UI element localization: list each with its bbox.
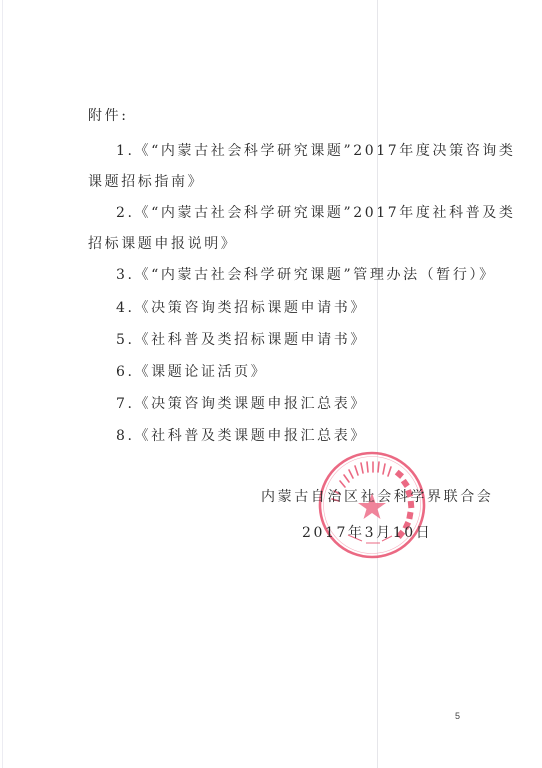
attachment-5: 5.《社科普及类招标课题申请书》 (116, 331, 367, 349)
issuer-signature: 内蒙古自治区社会科学界联合会 (261, 488, 493, 506)
attachment-7: 7.《决策咨询类课题申报汇总表》 (116, 395, 367, 413)
issue-date: 2017年3月10日 (302, 524, 432, 542)
attachment-3: 3.《“内蒙古社会科学研究课题”管理办法（暂行）》 (116, 266, 496, 284)
attachment-1-line-1: 1.《“内蒙古社会科学研究课题”2017年度决策咨询类 (116, 142, 516, 160)
attachment-2-line-2: 招标课题申报说明》 (88, 235, 237, 253)
page-number: 5 (455, 711, 460, 721)
attachment-4: 4.《决策咨询类招标课题申请书》 (116, 299, 367, 317)
attachment-6: 6.《课题论证活页》 (116, 363, 267, 381)
attachment-1-line-2: 课题招标指南》 (88, 173, 204, 191)
attachment-8: 8.《社科普及类课题申报汇总表》 (116, 427, 367, 445)
attachments-heading: 附件: (88, 107, 129, 125)
attachment-2-line-1: 2.《“内蒙古社会科学研究课题”2017年度社科普及类 (116, 204, 516, 222)
scan-edge (2, 0, 3, 768)
scan-fold-line (377, 0, 378, 768)
